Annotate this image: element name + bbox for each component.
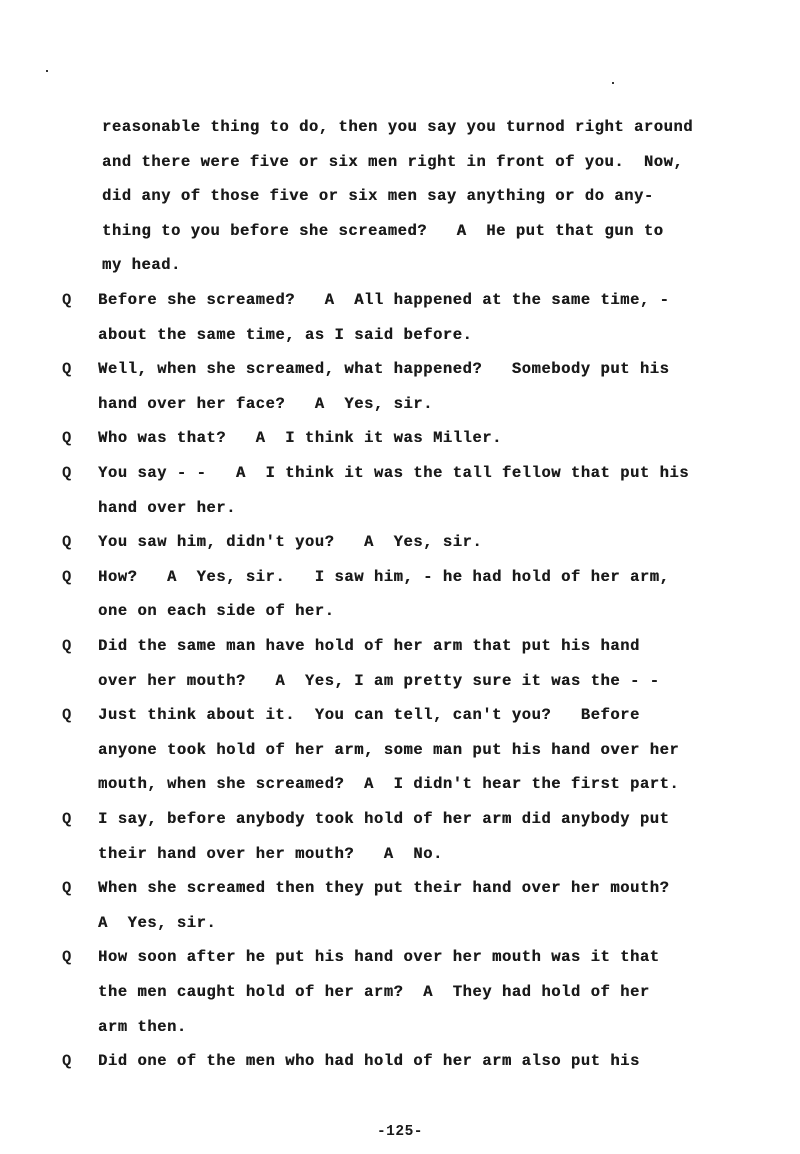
transcript-line: the men caught hold of her arm? A They h… bbox=[98, 975, 650, 1009]
transcript-line: and there were five or six men right in … bbox=[102, 145, 683, 179]
transcript-line: over her mouth? A Yes, I am pretty sure … bbox=[98, 664, 660, 698]
question-marker: Q bbox=[62, 629, 71, 663]
question-marker: Q bbox=[62, 940, 71, 974]
transcript-line: mouth, when she screamed? A I didn't hea… bbox=[98, 767, 679, 801]
transcript-line: Before she screamed? A All happened at t… bbox=[98, 283, 669, 317]
transcript-line: Who was that? A I think it was Miller. bbox=[98, 421, 502, 455]
transcript-line: did any of those five or six men say any… bbox=[102, 179, 654, 213]
question-marker: Q bbox=[62, 283, 71, 317]
question-marker: Q bbox=[62, 352, 71, 386]
transcript-line: their hand over her mouth? A No. bbox=[98, 837, 443, 871]
transcript-line: You say - - A I think it was the tall fe… bbox=[98, 456, 689, 490]
transcript-line: reasonable thing to do, then you say you… bbox=[102, 110, 693, 144]
scan-speck bbox=[612, 82, 614, 84]
transcript-page: reasonable thing to do, then you say you… bbox=[0, 0, 800, 1154]
transcript-line: I say, before anybody took hold of her a… bbox=[98, 802, 669, 836]
transcript-line: one on each side of her. bbox=[98, 594, 334, 628]
question-marker: Q bbox=[62, 456, 71, 490]
question-marker: Q bbox=[62, 525, 71, 559]
transcript-line: about the same time, as I said before. bbox=[98, 318, 472, 352]
question-marker: Q bbox=[62, 421, 71, 455]
question-marker: Q bbox=[62, 802, 71, 836]
transcript-line: hand over her. bbox=[98, 491, 236, 525]
question-marker: Q bbox=[62, 871, 71, 905]
question-marker: Q bbox=[62, 698, 71, 732]
transcript-line: A Yes, sir. bbox=[98, 906, 216, 940]
transcript-line: How soon after he put his hand over her … bbox=[98, 940, 660, 974]
transcript-line: arm then. bbox=[98, 1010, 187, 1044]
transcript-line: my head. bbox=[102, 248, 181, 282]
transcript-line: anyone took hold of her arm, some man pu… bbox=[98, 733, 679, 767]
transcript-line: hand over her face? A Yes, sir. bbox=[98, 387, 433, 421]
transcript-line: How? A Yes, sir. I saw him, - he had hol… bbox=[98, 560, 669, 594]
page-number: -125- bbox=[0, 1124, 800, 1140]
transcript-line: thing to you before she screamed? A He p… bbox=[102, 214, 664, 248]
transcript-line: Just think about it. You can tell, can't… bbox=[98, 698, 640, 732]
question-marker: Q bbox=[62, 1044, 71, 1078]
transcript-line: Did one of the men who had hold of her a… bbox=[98, 1044, 640, 1078]
transcript-line: You saw him, didn't you? A Yes, sir. bbox=[98, 525, 482, 559]
question-marker: Q bbox=[62, 560, 71, 594]
transcript-line: Well, when she screamed, what happened? … bbox=[98, 352, 669, 386]
transcript-line: When she screamed then they put their ha… bbox=[98, 871, 669, 905]
scan-speck bbox=[46, 70, 48, 72]
transcript-line: Did the same man have hold of her arm th… bbox=[98, 629, 640, 663]
